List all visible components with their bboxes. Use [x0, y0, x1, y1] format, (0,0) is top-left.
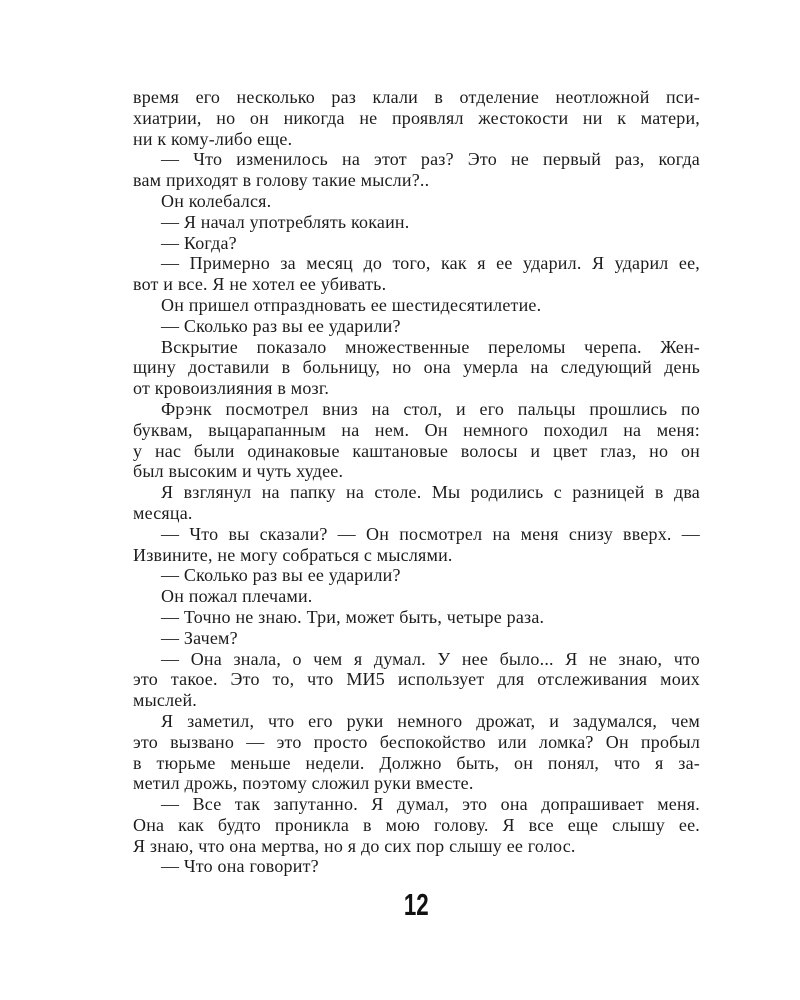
text-line: — Зачем? [133, 628, 700, 649]
text-line: Он пожал плечами. [133, 586, 700, 607]
text-line: в тюрьме меньше недели. Должно быть, он … [133, 753, 700, 774]
text-line: — Точно не знаю. Три, может быть, четыре… [133, 607, 700, 628]
text-line: у нас были одинаковые каштановые волосы … [133, 441, 700, 462]
text-line: время его несколько раз клали в отделени… [133, 87, 700, 108]
text-line: — Что она говорит? [133, 856, 700, 877]
page-text: время его несколько раз клали в отделени… [133, 87, 700, 877]
text-line: — Она знала, о чем я думал. У нее было..… [133, 649, 700, 670]
text-line: вам приходят в голову такие мысли?.. [133, 170, 700, 191]
text-line: — Сколько раз вы ее ударили? [133, 565, 700, 586]
text-line: был высоким и чуть худее. [133, 461, 700, 482]
text-line: — Что вы сказали? — Он посмотрел на меня… [133, 524, 700, 545]
text-line: Я знаю, что она мертва, но я до сих пор … [133, 836, 700, 857]
text-line: — Когда? [133, 233, 700, 254]
text-line: Вскрытие показало множественные переломы… [133, 337, 700, 358]
text-line: от кровоизлияния в мозг. [133, 378, 700, 399]
text-line: это вызвано — это просто беспокойство ил… [133, 732, 700, 753]
text-line: вот и все. Я не хотел ее убивать. [133, 274, 700, 295]
text-line: Я заметил, что его руки немного дрожат, … [133, 711, 700, 732]
text-line: Она как будто проникла в мою голову. Я в… [133, 815, 700, 836]
text-line: хиатрии, но он никогда не проявлял жесто… [133, 108, 700, 129]
text-line: — Я начал употреблять кокаин. [133, 212, 700, 233]
text-line: это такое. Это то, что МИ5 использует дл… [133, 669, 700, 690]
page-number: 12 [133, 889, 700, 920]
book-page: время его несколько раз клали в отделени… [0, 0, 800, 1000]
text-line: — Все так запутанно. Я думал, это она до… [133, 794, 700, 815]
text-line: Он пришел отпраздновать ее шестидесятиле… [133, 295, 700, 316]
text-line: Я взглянул на папку на столе. Мы родилис… [133, 482, 700, 503]
text-line: ни к кому-либо еще. [133, 129, 700, 150]
text-line: Он колебался. [133, 191, 700, 212]
text-line: метил дрожь, поэтому сложил руки вместе. [133, 773, 700, 794]
text-line: — Что изменилось на этот раз? Это не пер… [133, 149, 700, 170]
text-line: — Примерно за месяц до того, как я ее уд… [133, 253, 700, 274]
text-line: мыслей. [133, 690, 700, 711]
text-line: Извините, не могу собраться с мыслями. [133, 545, 700, 566]
text-line: Фрэнк посмотрел вниз на стол, и его паль… [133, 399, 700, 420]
text-line: месяца. [133, 503, 700, 524]
page-number-value: 12 [404, 889, 429, 920]
text-line: щину доставили в больницу, но она умерла… [133, 357, 700, 378]
text-line: буквам, выцарапанным на нем. Он немного … [133, 420, 700, 441]
text-line: — Сколько раз вы ее ударили? [133, 316, 700, 337]
